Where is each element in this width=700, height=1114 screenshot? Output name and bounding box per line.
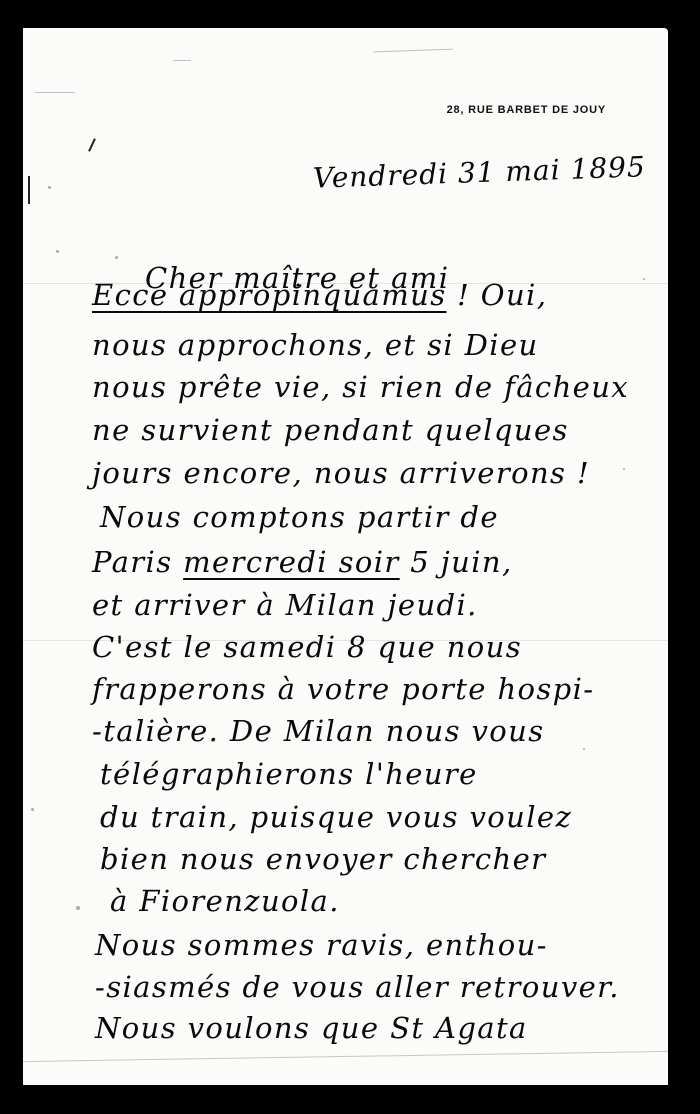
speck: [48, 186, 51, 189]
line-text: du train, puisque vous voulez: [100, 800, 572, 834]
scan-artifact-line: [373, 49, 453, 53]
line-text: bien nous envoyer chercher: [100, 842, 546, 876]
line-text: Nous sommes ravis, enthou-: [95, 928, 548, 962]
line-text: Paris: [92, 545, 183, 579]
line-text: à Fiorenzuola.: [110, 884, 340, 918]
scan-artifact-line: [35, 92, 75, 93]
line-text: nous prête vie, si rien de fâcheux: [92, 370, 629, 404]
letter-line: à Fiorenzuola.: [110, 884, 340, 918]
line-text: télégraphierons l'heure: [100, 757, 478, 791]
letterhead-address: 28, RUE BARBET DE JOUY: [447, 104, 606, 116]
letter-line: télégraphierons l'heure: [100, 757, 478, 791]
speck: [583, 748, 585, 750]
letter-line: du train, puisque vous voulez: [100, 800, 572, 834]
speck: [643, 278, 645, 280]
line-text: C'est le samedi 8 que nous: [92, 630, 522, 664]
line-text: Nous comptons partir de: [100, 500, 499, 534]
speck: [623, 468, 625, 470]
letter-line: et arriver à Milan jeudi.: [92, 588, 478, 622]
letter-line: Nous comptons partir de: [100, 500, 499, 534]
speck: [115, 256, 118, 259]
letter-line: Paris mercredi soir 5 juin,: [92, 545, 513, 579]
margin-bar: [28, 176, 30, 204]
letter-line: frapperons à votre porte hospi-: [92, 672, 595, 706]
line-text: nous approchons, et si Dieu: [92, 328, 539, 362]
letter-line: nous prête vie, si rien de fâcheux: [92, 370, 629, 404]
underlined-phrase: Ecce appropinquamus: [92, 278, 446, 312]
line-text: et arriver à Milan jeudi.: [92, 588, 478, 622]
letter-line: C'est le samedi 8 que nous: [92, 630, 522, 664]
underlined-phrase: mercredi soir: [183, 545, 400, 579]
letter-line: -siasmés de vous aller retrouver.: [95, 970, 620, 1004]
line-text: -talière. De Milan nous vous: [92, 714, 545, 748]
scan-artifact-line: [23, 1051, 668, 1062]
letter-page: 28, RUE BARBET DE JOUY Vendredi 31 mai 1…: [23, 28, 668, 1085]
letter-line: ne survient pendant quelques: [92, 413, 569, 447]
speck: [56, 250, 59, 253]
letter-line: jours encore, nous arriverons !: [92, 456, 590, 490]
letter-date: Vendredi 31 mai 1895: [313, 150, 647, 195]
letter-line: bien nous envoyer chercher: [100, 842, 546, 876]
line-text: jours encore, nous arriverons !: [92, 456, 590, 490]
letter-line: Ecce appropinquamus ! Oui,: [92, 278, 547, 312]
line-text: ! Oui,: [446, 278, 547, 312]
letter-line: -talière. De Milan nous vous: [92, 714, 545, 748]
line-text: Nous voulons que St Agata: [95, 1011, 528, 1045]
margin-tick: [88, 138, 96, 152]
speck: [31, 808, 34, 811]
line-text: 5 juin,: [400, 545, 513, 579]
letter-line: nous approchons, et si Dieu: [92, 328, 539, 362]
letter-line: Nous sommes ravis, enthou-: [95, 928, 548, 962]
line-text: frapperons à votre porte hospi-: [92, 672, 595, 706]
speck: [76, 906, 80, 910]
letter-line: Nous voulons que St Agata: [95, 1011, 528, 1045]
line-text: ne survient pendant quelques: [92, 413, 569, 447]
line-text: -siasmés de vous aller retrouver.: [95, 970, 620, 1004]
scan-artifact-line: [173, 60, 191, 61]
